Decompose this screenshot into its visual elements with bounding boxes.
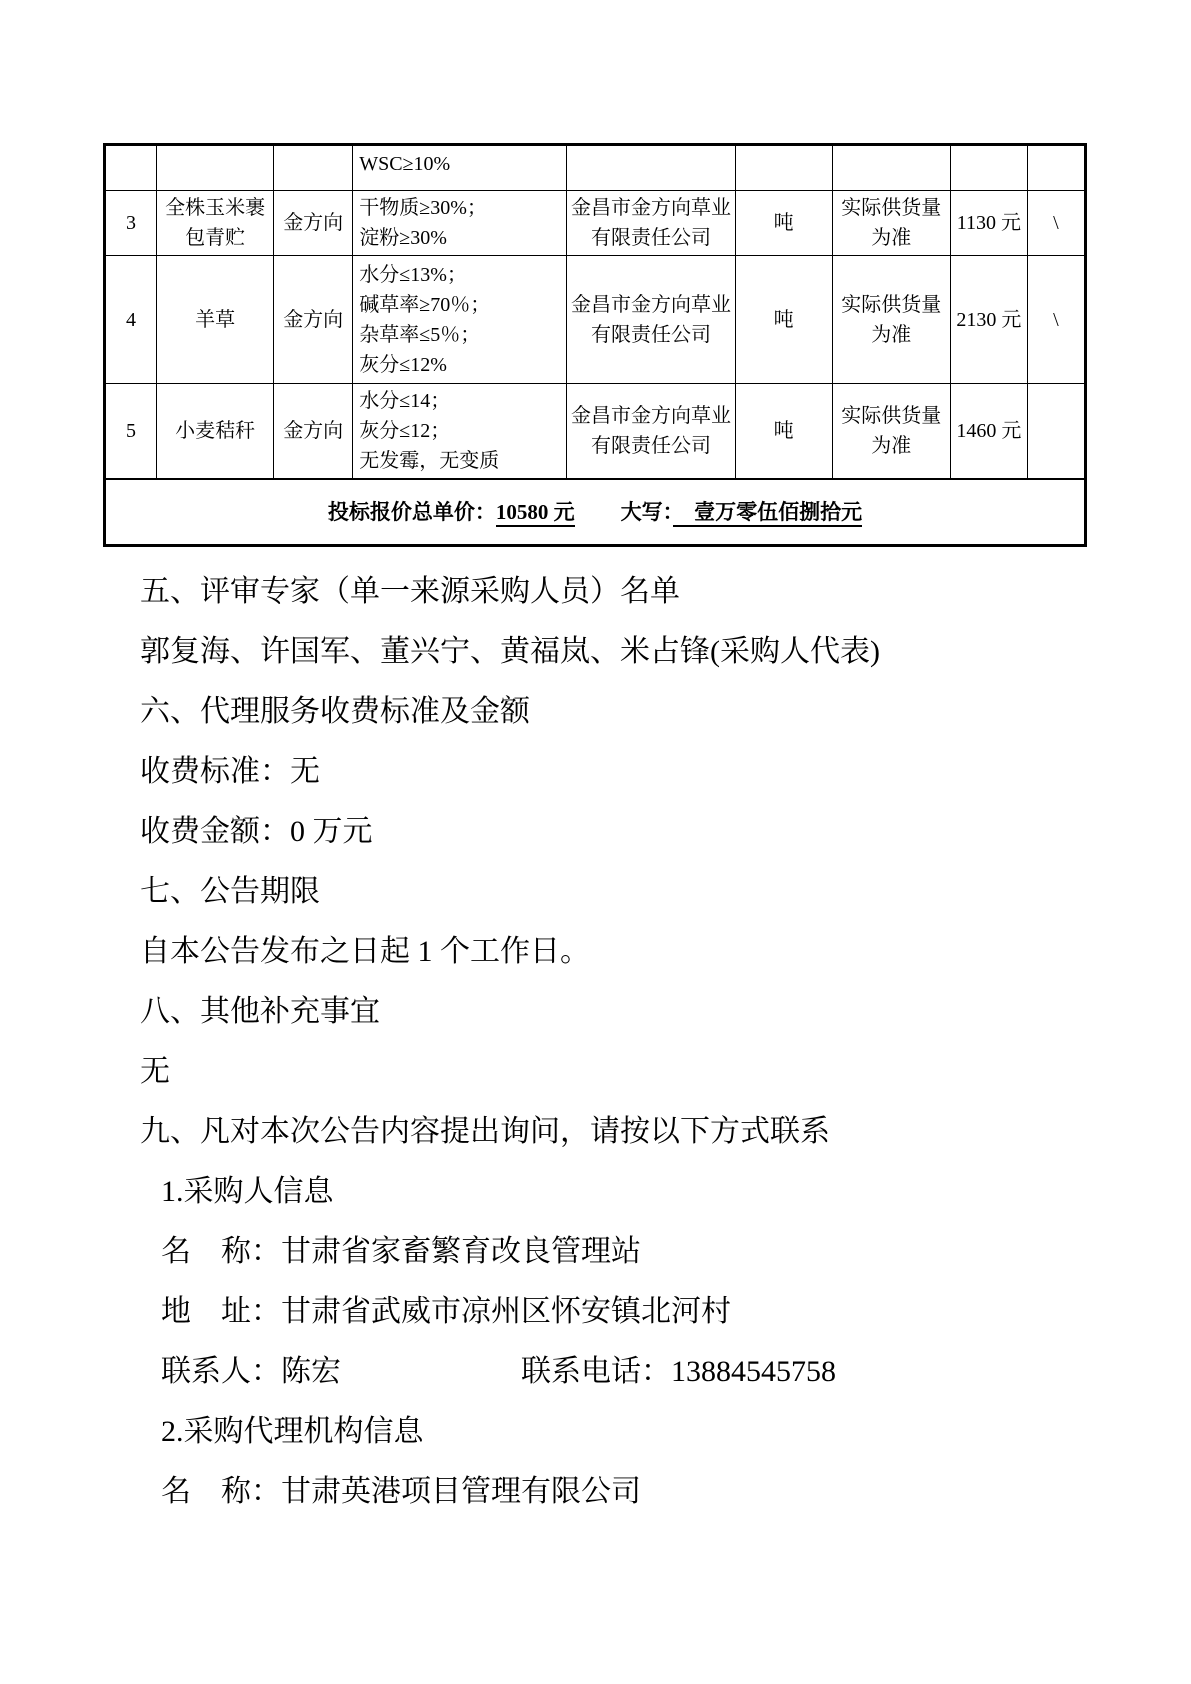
section-six-heading: 六、代理服务收费标准及金额 <box>0 695 1191 729</box>
cell-remark: \ <box>1027 191 1085 256</box>
cell-remark <box>1027 145 1085 191</box>
cell-no: 5 <box>105 384 157 480</box>
cell-price: 2130 元 <box>950 256 1027 384</box>
cell-unit: 吨 <box>735 256 832 384</box>
section-nine-heading: 九、凡对本次公告内容提出询问，请按以下方式联系 <box>0 1115 1191 1149</box>
cell-name: 全株玉米裹 包青贮 <box>157 191 274 256</box>
purchaser-name-line: 名 称：甘肃省家畜繁育改良管理站 <box>0 1235 1191 1269</box>
cell-remark <box>1027 384 1085 480</box>
cell-price <box>950 145 1027 191</box>
cell-unit: 吨 <box>735 384 832 480</box>
cell-price: 1130 元 <box>950 191 1027 256</box>
cell-unit: 吨 <box>735 191 832 256</box>
total-caps-label: 大写： <box>621 500 674 524</box>
table-row-total: 投标报价总单价：10580 元大写： 壹万零伍佰捌拾元 <box>105 479 1086 545</box>
cell-no <box>105 145 157 191</box>
cell-brand <box>274 145 353 191</box>
cell-no: 4 <box>105 256 157 384</box>
table-row: 3 全株玉米裹 包青贮 金方向 干物质≥30%； 淀粉≥30% 金昌市金方向草业… <box>105 191 1086 256</box>
fee-standard-line: 收费标准：无 <box>0 755 1191 789</box>
cell-name: 羊草 <box>157 256 274 384</box>
other-matters-line: 无 <box>0 1055 1191 1089</box>
table-row: 4 羊草 金方向 水分≤13%； 碱草率≥70％； 杂草率≤5％； 灰分≤12%… <box>105 256 1086 384</box>
table-row: 5 小麦秸秆 金方向 水分≤14； 灰分≤12； 无发霉，无变质 金昌市金方向草… <box>105 384 1086 480</box>
cell-quantity: 实际供货量 为准 <box>832 256 950 384</box>
document-page: WSC≥10% 3 全株玉米裹 包青贮 金方向 干物质≥30%； 淀粉≥30% … <box>0 0 1191 1684</box>
cell-supplier: 金昌市金方向草业 有限责任公司 <box>567 256 735 384</box>
total-price-value: 10580 元 <box>496 500 575 527</box>
cell-specs: 水分≤14； 灰分≤12； 无发霉，无变质 <box>353 384 567 480</box>
cell-name: 小麦秸秆 <box>157 384 274 480</box>
cell-brand: 金方向 <box>274 384 353 480</box>
section-five-heading: 五、评审专家（单一来源采购人员）名单 <box>0 575 1191 609</box>
cell-price: 1460 元 <box>950 384 1027 480</box>
section-eight-heading: 八、其他补充事宜 <box>0 995 1191 1029</box>
agency-info-heading: 2.采购代理机构信息 <box>0 1415 1191 1449</box>
cell-quantity <box>832 145 950 191</box>
total-caps-value: 壹万零伍佰捌拾元 <box>673 500 862 527</box>
experts-list: 郭复海、许国军、董兴宁、黄福岚、米占锋(采购人代表) <box>0 635 1191 669</box>
cell-quantity: 实际供货量 为准 <box>832 384 950 480</box>
cell-specs: 干物质≥30%； 淀粉≥30% <box>353 191 567 256</box>
cell-brand: 金方向 <box>274 256 353 384</box>
cell-remark: \ <box>1027 256 1085 384</box>
cell-total: 投标报价总单价：10580 元大写： 壹万零伍佰捌拾元 <box>105 479 1086 545</box>
document-body: 五、评审专家（单一来源采购人员）名单 郭复海、许国军、董兴宁、黄福岚、米占锋(采… <box>0 575 1191 1535</box>
cell-no: 3 <box>105 191 157 256</box>
announcement-period-line: 自本公告发布之日起 1 个工作日。 <box>0 935 1191 969</box>
cell-supplier <box>567 145 735 191</box>
cell-brand: 金方向 <box>274 191 353 256</box>
purchaser-contact-line: 联系人：陈宏 联系电话：13884545758 <box>0 1355 1191 1389</box>
agency-name-line: 名 称：甘肃英港项目管理有限公司 <box>0 1475 1191 1509</box>
fee-amount-line: 收费金额：0 万元 <box>0 815 1191 849</box>
cell-supplier: 金昌市金方向草业 有限责任公司 <box>567 384 735 480</box>
cell-unit <box>735 145 832 191</box>
cell-name <box>157 145 274 191</box>
cell-specs: WSC≥10% <box>353 145 567 191</box>
cell-quantity: 实际供货量 为准 <box>832 191 950 256</box>
purchaser-address-line: 地 址：甘肃省武威市凉州区怀安镇北河村 <box>0 1295 1191 1329</box>
table-row-carryover: WSC≥10% <box>105 145 1086 191</box>
cell-supplier: 金昌市金方向草业 有限责任公司 <box>567 191 735 256</box>
procurement-items-table: WSC≥10% 3 全株玉米裹 包青贮 金方向 干物质≥30%； 淀粉≥30% … <box>103 143 1087 547</box>
cell-specs: 水分≤13%； 碱草率≥70％； 杂草率≤5％； 灰分≤12% <box>353 256 567 384</box>
total-price-label: 投标报价总单价： <box>328 500 496 524</box>
section-seven-heading: 七、公告期限 <box>0 875 1191 909</box>
purchaser-info-heading: 1.采购人信息 <box>0 1175 1191 1209</box>
